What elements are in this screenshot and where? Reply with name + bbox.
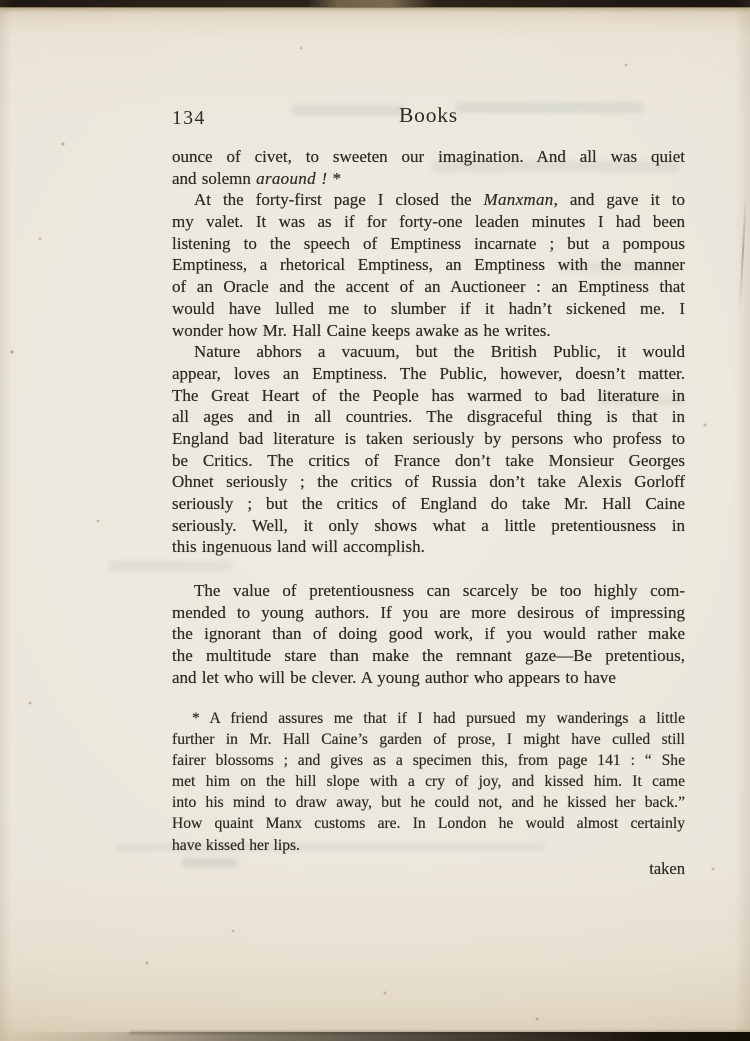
footnote-line: met him on the hill slope with a cry of … bbox=[172, 771, 685, 792]
paper-foxing-specks bbox=[0, 0, 2, 2]
text-line: mended to young authors. If you are more… bbox=[172, 602, 685, 624]
text-line: seriously. Well, it only shows what a li… bbox=[172, 515, 685, 537]
text-line: Ohnet seriously ; the critics of Russia … bbox=[172, 471, 685, 493]
text-line: Nature abhors a vacuum, but the British … bbox=[172, 341, 685, 363]
text-line: would have lulled me to slumber if it ha… bbox=[172, 298, 685, 320]
footnote-line: have kissed her lips. bbox=[172, 835, 685, 856]
running-title: Books bbox=[172, 103, 685, 128]
text-line: the multitude stare than make the remnan… bbox=[172, 645, 685, 667]
text-line: be Critics. The critics of France don’t … bbox=[172, 450, 685, 472]
text-line: wonder how Mr. Hall Caine keeps awake as… bbox=[172, 320, 685, 342]
text-line: and let who will be clever. A young auth… bbox=[172, 667, 685, 689]
scanned-book-page: 134 Books ounce of civet, to sweeten our… bbox=[0, 0, 750, 1041]
text-line: The value of pretentiousness can scarcel… bbox=[172, 580, 685, 602]
text-line: the ignorant than of doing good work, if… bbox=[172, 623, 685, 645]
text-line: ounce of civet, to sweeten our imaginati… bbox=[172, 146, 685, 168]
text-block: ounce of civet, to sweeten our imaginati… bbox=[172, 146, 685, 880]
left-edge-shading bbox=[0, 0, 12, 1041]
text-line: this ingenuous land will accomplish. bbox=[172, 536, 685, 558]
page-number: 134 bbox=[172, 108, 206, 130]
text-line: At the forty-first page I closed the Man… bbox=[172, 189, 685, 211]
right-edge-shading bbox=[734, 0, 750, 1041]
footnote-line: How quaint Manx customs are. In London h… bbox=[172, 813, 685, 834]
text-line: England bad literature is taken seriousl… bbox=[172, 428, 685, 450]
scan-bottom-edge bbox=[0, 1032, 750, 1041]
catchword: taken bbox=[172, 858, 685, 880]
text-line: of an Oracle and the accent of an Auctio… bbox=[172, 276, 685, 298]
footnote-line: into his mind to draw away, but he could… bbox=[172, 792, 685, 813]
footnote: * A friend assures me that if I had purs… bbox=[172, 708, 685, 856]
text-line: my valet. It was as if for forty-one lea… bbox=[172, 211, 685, 233]
text-line: and solemn araound ! * bbox=[172, 168, 685, 190]
text-line: seriously ; but the critics of England d… bbox=[172, 493, 685, 515]
text-line: appear, loves an Emptiness. The Public, … bbox=[172, 363, 685, 385]
page-header: 134 Books bbox=[172, 103, 685, 135]
footnote-line: further in Mr. Hall Caine’s garden of pr… bbox=[172, 729, 685, 750]
text-line: The Great Heart of the People has warmed… bbox=[172, 385, 685, 407]
footnote-line: fairer blossoms ; and gives as a specime… bbox=[172, 750, 685, 771]
text-line: all ages and in all countries. The disgr… bbox=[172, 406, 685, 428]
text-line: Emptiness, a rhetorical Emptiness, an Em… bbox=[172, 254, 685, 276]
scan-top-edge bbox=[0, 0, 750, 7]
text-line: listening to the speech of Emptiness inc… bbox=[172, 233, 685, 255]
footnote-line: * A friend assures me that if I had purs… bbox=[172, 708, 685, 729]
